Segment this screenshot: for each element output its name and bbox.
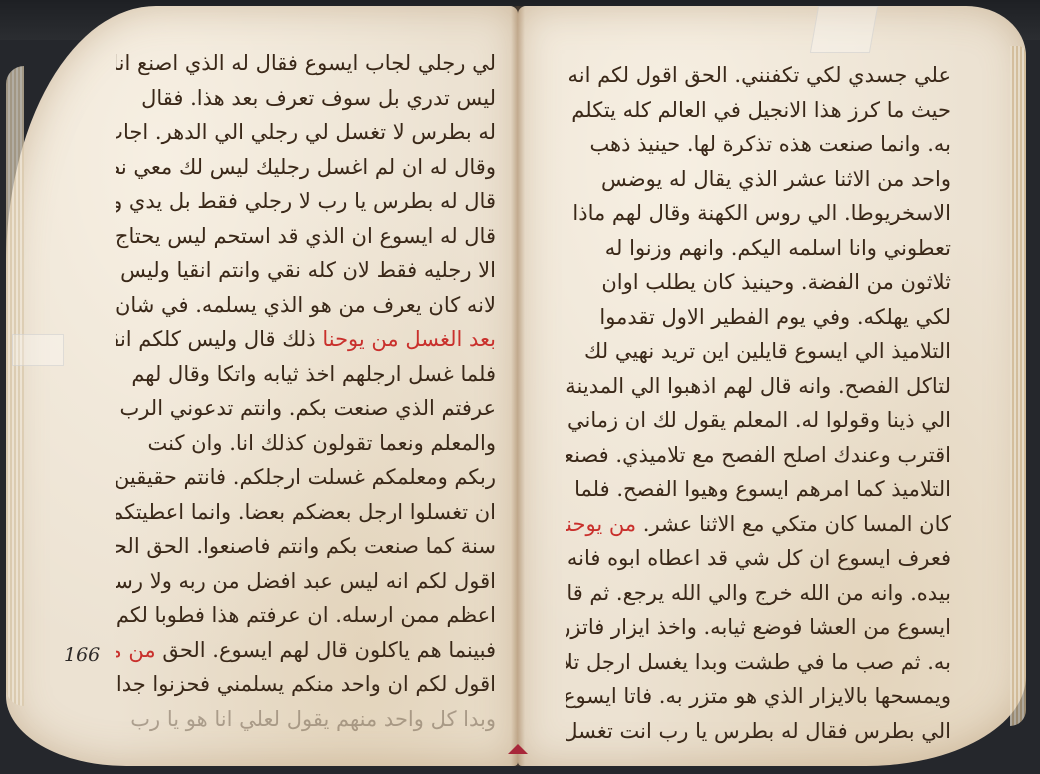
text-line: اعظم ممن ارسله. ان عرفتم هذا فطوبا لكم (116, 598, 496, 633)
text-line: الي بطرس فقال له بطرس يا رب انت تغسل (566, 714, 951, 749)
text-line: سنة كما صنعت بكم وانتم فاصنعوا. الحق الح… (116, 529, 496, 564)
right-page-text: علي جسدي لكي تكفنني. الحق اقول لكم انه ح… (566, 58, 951, 748)
text-line: عرفتم الذي صنعت بكم. وانتم تدعوني الرب (116, 391, 496, 426)
line-text: ذلك قال وليس كلكم انقيا. (116, 327, 316, 351)
left-page-text: لي رجلي لجاب ايسوع فقال له الذي اصنع انا… (116, 46, 496, 736)
rubric-text: من يوحنا (566, 512, 636, 536)
text-line: علي جسدي لكي تكفنني. الحق اقول لكم انه (566, 58, 951, 93)
text-line: لتاكل الفصح. وانه قال لهم اذهبوا الي الم… (566, 369, 951, 404)
text-line: تعطوني وانا اسلمه اليكم. وانهم وزنوا له (566, 231, 951, 266)
text-line: فلما غسل ارجلهم اخذ ثيابه واتكا وقال لهم (116, 357, 496, 392)
text-line: ليس تدري بل سوف تعرف بعد هذا. فقال (116, 81, 496, 116)
text-line: ربكم ومعلمكم غسلت ارجلكم. فانتم حقيقين (116, 460, 496, 495)
line-text: فبينما هم ياكلون قال لهم ايسوع. الحق (162, 638, 496, 662)
text-line: ايسوع من العشا فوضع ثيابه. واخذ ايزار فا… (566, 610, 951, 645)
text-line: لي رجلي لجاب ايسوع فقال له الذي اصنع انا (116, 46, 496, 81)
text-line: وبدا كل واحد منهم يقول لعلي انا هو يا رب (116, 702, 496, 737)
text-line: ثلاثون من الفضة. وحينيذ كان يطلب اوان (566, 265, 951, 300)
rubric-text: من متي (116, 638, 156, 662)
text-line: ويمسحها بالايزار الذي هو متزر به. فاتا ا… (566, 679, 951, 714)
tape-strip-side (12, 334, 64, 366)
folio-number: 166 (64, 644, 100, 666)
text-line: بيده. وانه من الله خرج والي الله يرجع. ث… (566, 576, 951, 611)
text-line: التلاميذ كما امرهم ايسوع وهيوا الفصح. فل… (566, 472, 951, 507)
text-line: الي ذينا وقولوا له. المعلم يقول لك ان زم… (566, 403, 951, 438)
text-line-with-rubric: فبينما هم ياكلون قال لهم ايسوع. الحق من … (116, 633, 496, 668)
text-line: قال له بطرس يا رب لا رجلي فقط بل يدي ورا… (116, 184, 496, 219)
text-line: التلاميذ الي ايسوع قايلين اين تريد نهيي … (566, 334, 951, 369)
text-line: اقول لكم انه ليس عبد افضل من ربه ولا رسو… (116, 564, 496, 599)
text-line: له بطرس لا تغسل لي رجلي الي الدهر. اجاب … (116, 115, 496, 150)
text-line: لكي يهلكه. وفي يوم الفطير الاول تقدموا (566, 300, 951, 335)
text-line: ان تغسلوا ارجل بعضكم بعضا. وانما اعطيتكم (116, 495, 496, 530)
text-line: الاسخريوطا. الي روس الكهنة وقال لهم ماذا (566, 196, 951, 231)
text-line: وقال له ان لم اغسل رجليك ليس لك معي نصيب (116, 150, 496, 185)
tape-strip-top (810, 6, 878, 53)
text-line: لانه كان يعرف من هو الذي يسلمه. في شان (116, 288, 496, 323)
text-line-with-rubric: كان المسا كان متكي مع الاثنا عشر. من يوح… (566, 507, 951, 542)
page-edges-right (1010, 46, 1026, 726)
text-line-with-rubric: بعد الغسل من يوحنا ذلك قال وليس كلكم انق… (116, 322, 496, 357)
text-line: واحد من الاثنا عشر الذي يقال له يوضس (566, 162, 951, 197)
line-text: كان المسا كان متكي مع الاثنا عشر. (643, 512, 951, 536)
text-line: به. وانما صنعت هذه تذكرة لها. حينيذ ذهب (566, 127, 951, 162)
text-line: فعرف ايسوع ان كل شي قد اعطاه ابوه فانه (566, 541, 951, 576)
book-gutter (511, 6, 525, 766)
text-line: قال له ايسوع ان الذي قد استحم ليس يحتاج … (116, 219, 496, 254)
text-line: والمعلم ونعما تقولون كذلك انا. وان كنت (116, 426, 496, 461)
rubric-text: بعد الغسل من يوحنا (322, 327, 496, 351)
text-line: حيث ما كرز هذا الانجيل في العالم كله يتك… (566, 93, 951, 128)
text-line: اقترب وعندك اصلح الفصح مع تلاميذي. فصنعو… (566, 438, 951, 473)
text-line: اقول لكم ان واحد منكم يسلمني فحزنوا جدا. (116, 667, 496, 702)
text-line: به. ثم صب ما في طشت وبدا يغسل ارجل تلامي… (566, 645, 951, 680)
text-line: الا رجليه فقط لان كله نقي وانتم انقيا ول… (116, 253, 496, 288)
manuscript-spread: لي رجلي لجاب ايسوع فقال له الذي اصنع انا… (6, 6, 1036, 766)
page-edges-left (6, 66, 24, 706)
